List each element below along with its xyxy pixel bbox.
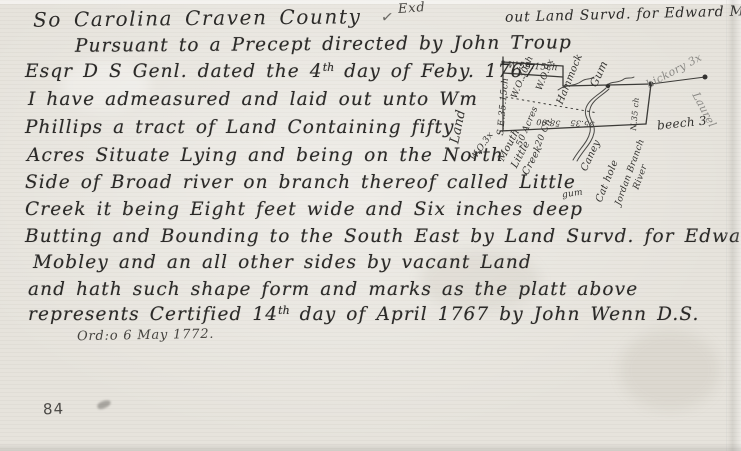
record-date-note: Ord:o 6 May 1772. [77, 327, 215, 344]
document-scan: So Carolina Craven County ✓ Exd out Land… [0, 0, 741, 451]
ink-smudge [96, 398, 112, 410]
top-right-survey-note: out Land Survd. for Edward Mobley [505, 2, 741, 25]
page-number: 84 [43, 400, 65, 419]
line-text: day of April 1767 by John Wenn D.S. [290, 304, 700, 325]
body-line-creek: Creek it being Eight feet wide and Six i… [25, 199, 583, 220]
body-line-admeasured: I have admeasured and laid out unto Wm [28, 89, 478, 110]
plat-tree-label-hammock: Hammock [555, 52, 585, 106]
body-line-acres: Acres Situate Lying and being on the Nor… [27, 145, 504, 166]
plat-dotted-line [506, 97, 598, 113]
body-line-bounding: Butting and Bounding to the South East b… [25, 226, 741, 247]
plat-corner-dot [606, 84, 610, 88]
line-text: represents Certified 14 [28, 304, 278, 325]
superscript-th: th [323, 61, 335, 74]
paper-edge-right [726, 0, 741, 451]
creek-upper-squiggle [606, 77, 634, 86]
body-line-certified: represents Certified 14th day of April 1… [28, 304, 700, 325]
plat-bottom-number-1: 58.00 [536, 117, 561, 128]
plat-pencil-hickory-label: hickory 3x [644, 51, 704, 91]
plat-tree-label-gum: Gum [587, 59, 610, 89]
body-line-pursuant: Pursuant to a Precept directed by John T… [75, 32, 572, 56]
paper-stain [620, 330, 720, 410]
plat-bottom-number-2: 35.35 [570, 118, 595, 129]
body-line-mobley: Mobley and an all other sides by vacant … [33, 252, 532, 273]
superscript-th: th [278, 304, 290, 317]
body-line-phillips: Phillips a tract of Land Containing fift… [25, 117, 455, 138]
plat-caney-label: Caney [579, 138, 603, 173]
exd-annotation: Exd [398, 0, 427, 17]
place-county-heading: So Carolina Craven County [33, 4, 362, 31]
check-mark: ✓ [380, 7, 395, 27]
plat-corner-dot [703, 75, 708, 80]
body-line-broad-river: Side of Broad river on branch thereof ca… [25, 172, 576, 193]
plat-upper-right-edge [563, 84, 651, 86]
plat-land-label: Land [447, 108, 469, 145]
body-line-shape: and hath such shape form and marks as th… [28, 279, 638, 300]
body-line-dated: Esqr D S Genl. dated the 4th day of Feby… [25, 61, 536, 82]
plat-left-bearing-label: S.E.35.15ch [496, 77, 511, 136]
plat-right-bearing-label: N.35 ch [629, 97, 641, 131]
paper-edge-top [0, 0, 741, 4]
paper-edge-bottom [0, 443, 741, 451]
line-text: Esqr D S Genl. dated the 4 [25, 61, 323, 82]
